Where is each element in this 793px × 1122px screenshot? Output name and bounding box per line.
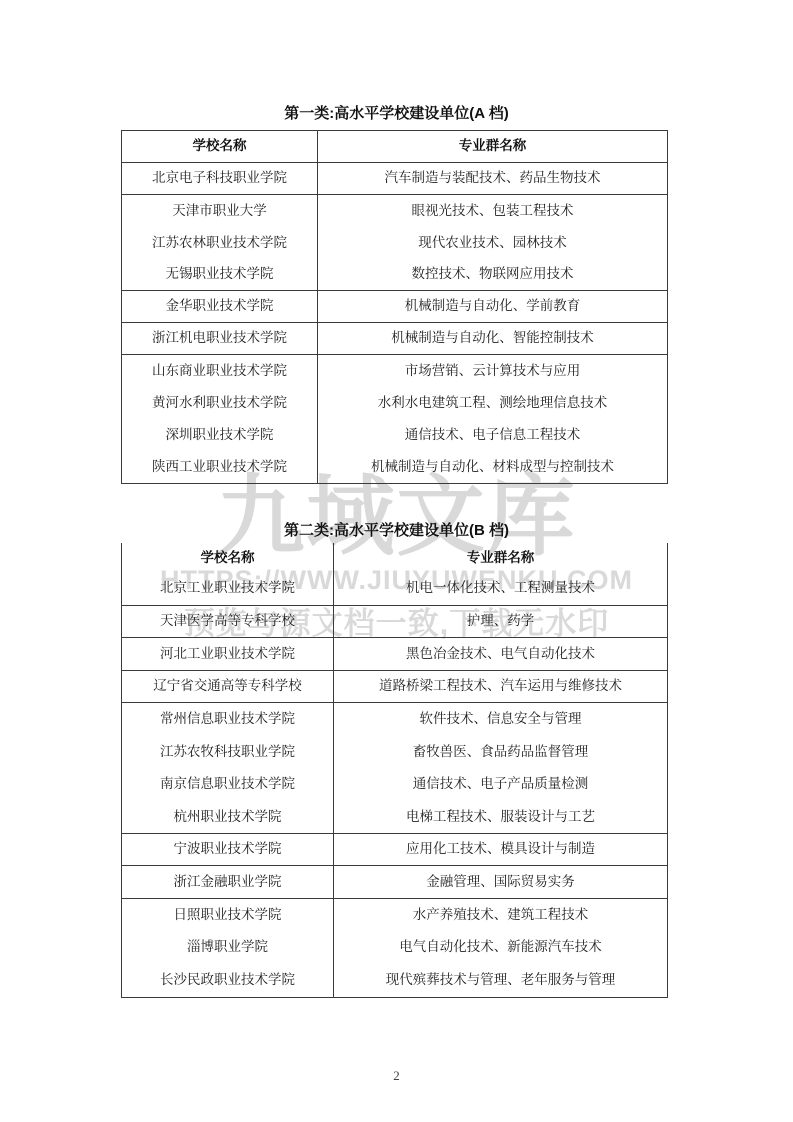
table-row: 宁波职业技术学院应用化工技术、模具设计与制造 [122, 834, 667, 867]
major-group-cell: 水产养殖技术、建筑工程技术 [334, 899, 667, 932]
school-name-cell: 浙江机电职业技术学院 [122, 323, 318, 354]
document-page: 九域文库 HTTPS://WWW.JIUYUWENKU.COM 预览与源文档一致… [0, 0, 793, 1122]
table-row: 山东商业职业技术学院市场营销、云计算技术与应用 [122, 355, 667, 387]
table-row: 黄河水利职业技术学院水利水电建筑工程、测绘地理信息技术 [122, 387, 667, 419]
table-row: 杭州职业技术学院电梯工程技术、服装设计与工艺 [122, 801, 667, 834]
table-row: 北京电子科技职业学院汽车制造与装配技术、药品生物技术 [122, 163, 667, 195]
school-name-cell: 江苏农牧科技职业学院 [122, 736, 334, 769]
table-row: 常州信息职业技术学院软件技术、信息安全与管理 [122, 703, 667, 736]
major-group-cell: 眼视光技术、包装工程技术 [318, 195, 667, 227]
table-b: 学校名称 专业群名称 北京工业职业技术学院机电一体化技术、工程测量技术天津医学高… [121, 543, 668, 998]
major-group-cell: 现代农业技术、园林技术 [318, 227, 667, 259]
table-row: 江苏农牧科技职业学院畜牧兽医、食品药品监督管理 [122, 736, 667, 769]
major-group-cell: 道路桥梁工程技术、汽车运用与维修技术 [334, 671, 667, 703]
table-row: 辽宁省交通高等专科学校道路桥梁工程技术、汽车运用与维修技术 [122, 671, 667, 704]
major-group-cell: 通信技术、电子产品质量检测 [334, 769, 667, 802]
table-header-row: 学校名称 专业群名称 [122, 131, 667, 163]
major-group-cell: 金融管理、国际贸易实务 [334, 866, 667, 898]
school-name-cell: 无锡职业技术学院 [122, 259, 318, 290]
school-name-cell: 宁波职业技术学院 [122, 834, 334, 866]
major-group-cell: 电气自动化技术、新能源汽车技术 [334, 932, 667, 965]
school-name-cell: 北京工业职业技术学院 [122, 573, 334, 605]
major-group-cell: 机械制造与自动化、材料成型与控制技术 [318, 451, 667, 483]
school-name-cell: 浙江金融职业学院 [122, 866, 334, 898]
major-group-cell: 机械制造与自动化、学前教育 [318, 291, 667, 322]
table-row: 天津医学高等专科学校护理、药学 [122, 606, 667, 639]
school-name-cell: 山东商业职业技术学院 [122, 355, 318, 387]
school-name-cell: 杭州职业技术学院 [122, 801, 334, 833]
major-group-cell: 电梯工程技术、服装设计与工艺 [334, 801, 667, 833]
school-name-cell: 日照职业技术学院 [122, 899, 334, 932]
major-group-cell: 现代殡葬技术与管理、老年服务与管理 [334, 964, 667, 997]
major-group-header: 专业群名称 [334, 543, 667, 573]
school-name-cell: 黄河水利职业技术学院 [122, 387, 318, 419]
table-row: 天津市职业大学眼视光技术、包装工程技术 [122, 195, 667, 227]
table-b-title: 第二类:高水平学校建设单位(B 档) [0, 519, 793, 540]
table-row: 日照职业技术学院水产养殖技术、建筑工程技术 [122, 899, 667, 932]
table-row: 陕西工业职业技术学院机械制造与自动化、材料成型与控制技术 [122, 451, 667, 483]
table-row: 浙江金融职业学院金融管理、国际贸易实务 [122, 866, 667, 899]
school-name-header: 学校名称 [122, 543, 334, 573]
school-name-cell: 河北工业职业技术学院 [122, 638, 334, 670]
school-name-cell: 金华职业技术学院 [122, 291, 318, 322]
major-group-header: 专业群名称 [318, 131, 667, 162]
table-row: 长沙民政职业技术学院现代殡葬技术与管理、老年服务与管理 [122, 964, 667, 997]
major-group-cell: 黑色冶金技术、电气自动化技术 [334, 638, 667, 670]
table-row: 江苏农林职业技术学院现代农业技术、园林技术 [122, 227, 667, 259]
major-group-cell: 机电一体化技术、工程测量技术 [334, 573, 667, 605]
table-header-row: 学校名称 专业群名称 [122, 543, 667, 573]
school-name-cell: 江苏农林职业技术学院 [122, 227, 318, 259]
table-row: 淄博职业学院电气自动化技术、新能源汽车技术 [122, 932, 667, 965]
major-group-cell: 市场营销、云计算技术与应用 [318, 355, 667, 387]
school-name-cell: 天津医学高等专科学校 [122, 606, 334, 638]
table-row: 金华职业技术学院机械制造与自动化、学前教育 [122, 291, 667, 323]
major-group-cell: 应用化工技术、模具设计与制造 [334, 834, 667, 866]
school-name-cell: 辽宁省交通高等专科学校 [122, 671, 334, 703]
table-row: 深圳职业技术学院通信技术、电子信息工程技术 [122, 419, 667, 451]
school-name-cell: 淄博职业学院 [122, 932, 334, 965]
table-row: 河北工业职业技术学院黑色冶金技术、电气自动化技术 [122, 638, 667, 671]
major-group-cell: 汽车制造与装配技术、药品生物技术 [318, 163, 667, 194]
table-row: 浙江机电职业技术学院机械制造与自动化、智能控制技术 [122, 323, 667, 355]
school-name-cell: 常州信息职业技术学院 [122, 703, 334, 736]
school-name-cell: 深圳职业技术学院 [122, 419, 318, 451]
major-group-cell: 数控技术、物联网应用技术 [318, 259, 667, 290]
major-group-cell: 通信技术、电子信息工程技术 [318, 419, 667, 451]
school-name-cell: 天津市职业大学 [122, 195, 318, 227]
school-name-cell: 陕西工业职业技术学院 [122, 451, 318, 483]
table-row: 北京工业职业技术学院机电一体化技术、工程测量技术 [122, 573, 667, 606]
major-group-cell: 护理、药学 [334, 606, 667, 638]
school-name-cell: 北京电子科技职业学院 [122, 163, 318, 194]
page-number: 2 [0, 1068, 793, 1084]
major-group-cell: 水利水电建筑工程、测绘地理信息技术 [318, 387, 667, 419]
table-a: 学校名称 专业群名称 北京电子科技职业学院汽车制造与装配技术、药品生物技术天津市… [121, 130, 668, 484]
major-group-cell: 机械制造与自动化、智能控制技术 [318, 323, 667, 354]
major-group-cell: 软件技术、信息安全与管理 [334, 703, 667, 736]
table-row: 无锡职业技术学院数控技术、物联网应用技术 [122, 259, 667, 291]
school-name-cell: 南京信息职业技术学院 [122, 769, 334, 802]
table-row: 南京信息职业技术学院通信技术、电子产品质量检测 [122, 769, 667, 802]
table-a-title: 第一类:高水平学校建设单位(A 档) [0, 102, 793, 123]
school-name-cell: 长沙民政职业技术学院 [122, 964, 334, 997]
major-group-cell: 畜牧兽医、食品药品监督管理 [334, 736, 667, 769]
school-name-header: 学校名称 [122, 131, 318, 162]
